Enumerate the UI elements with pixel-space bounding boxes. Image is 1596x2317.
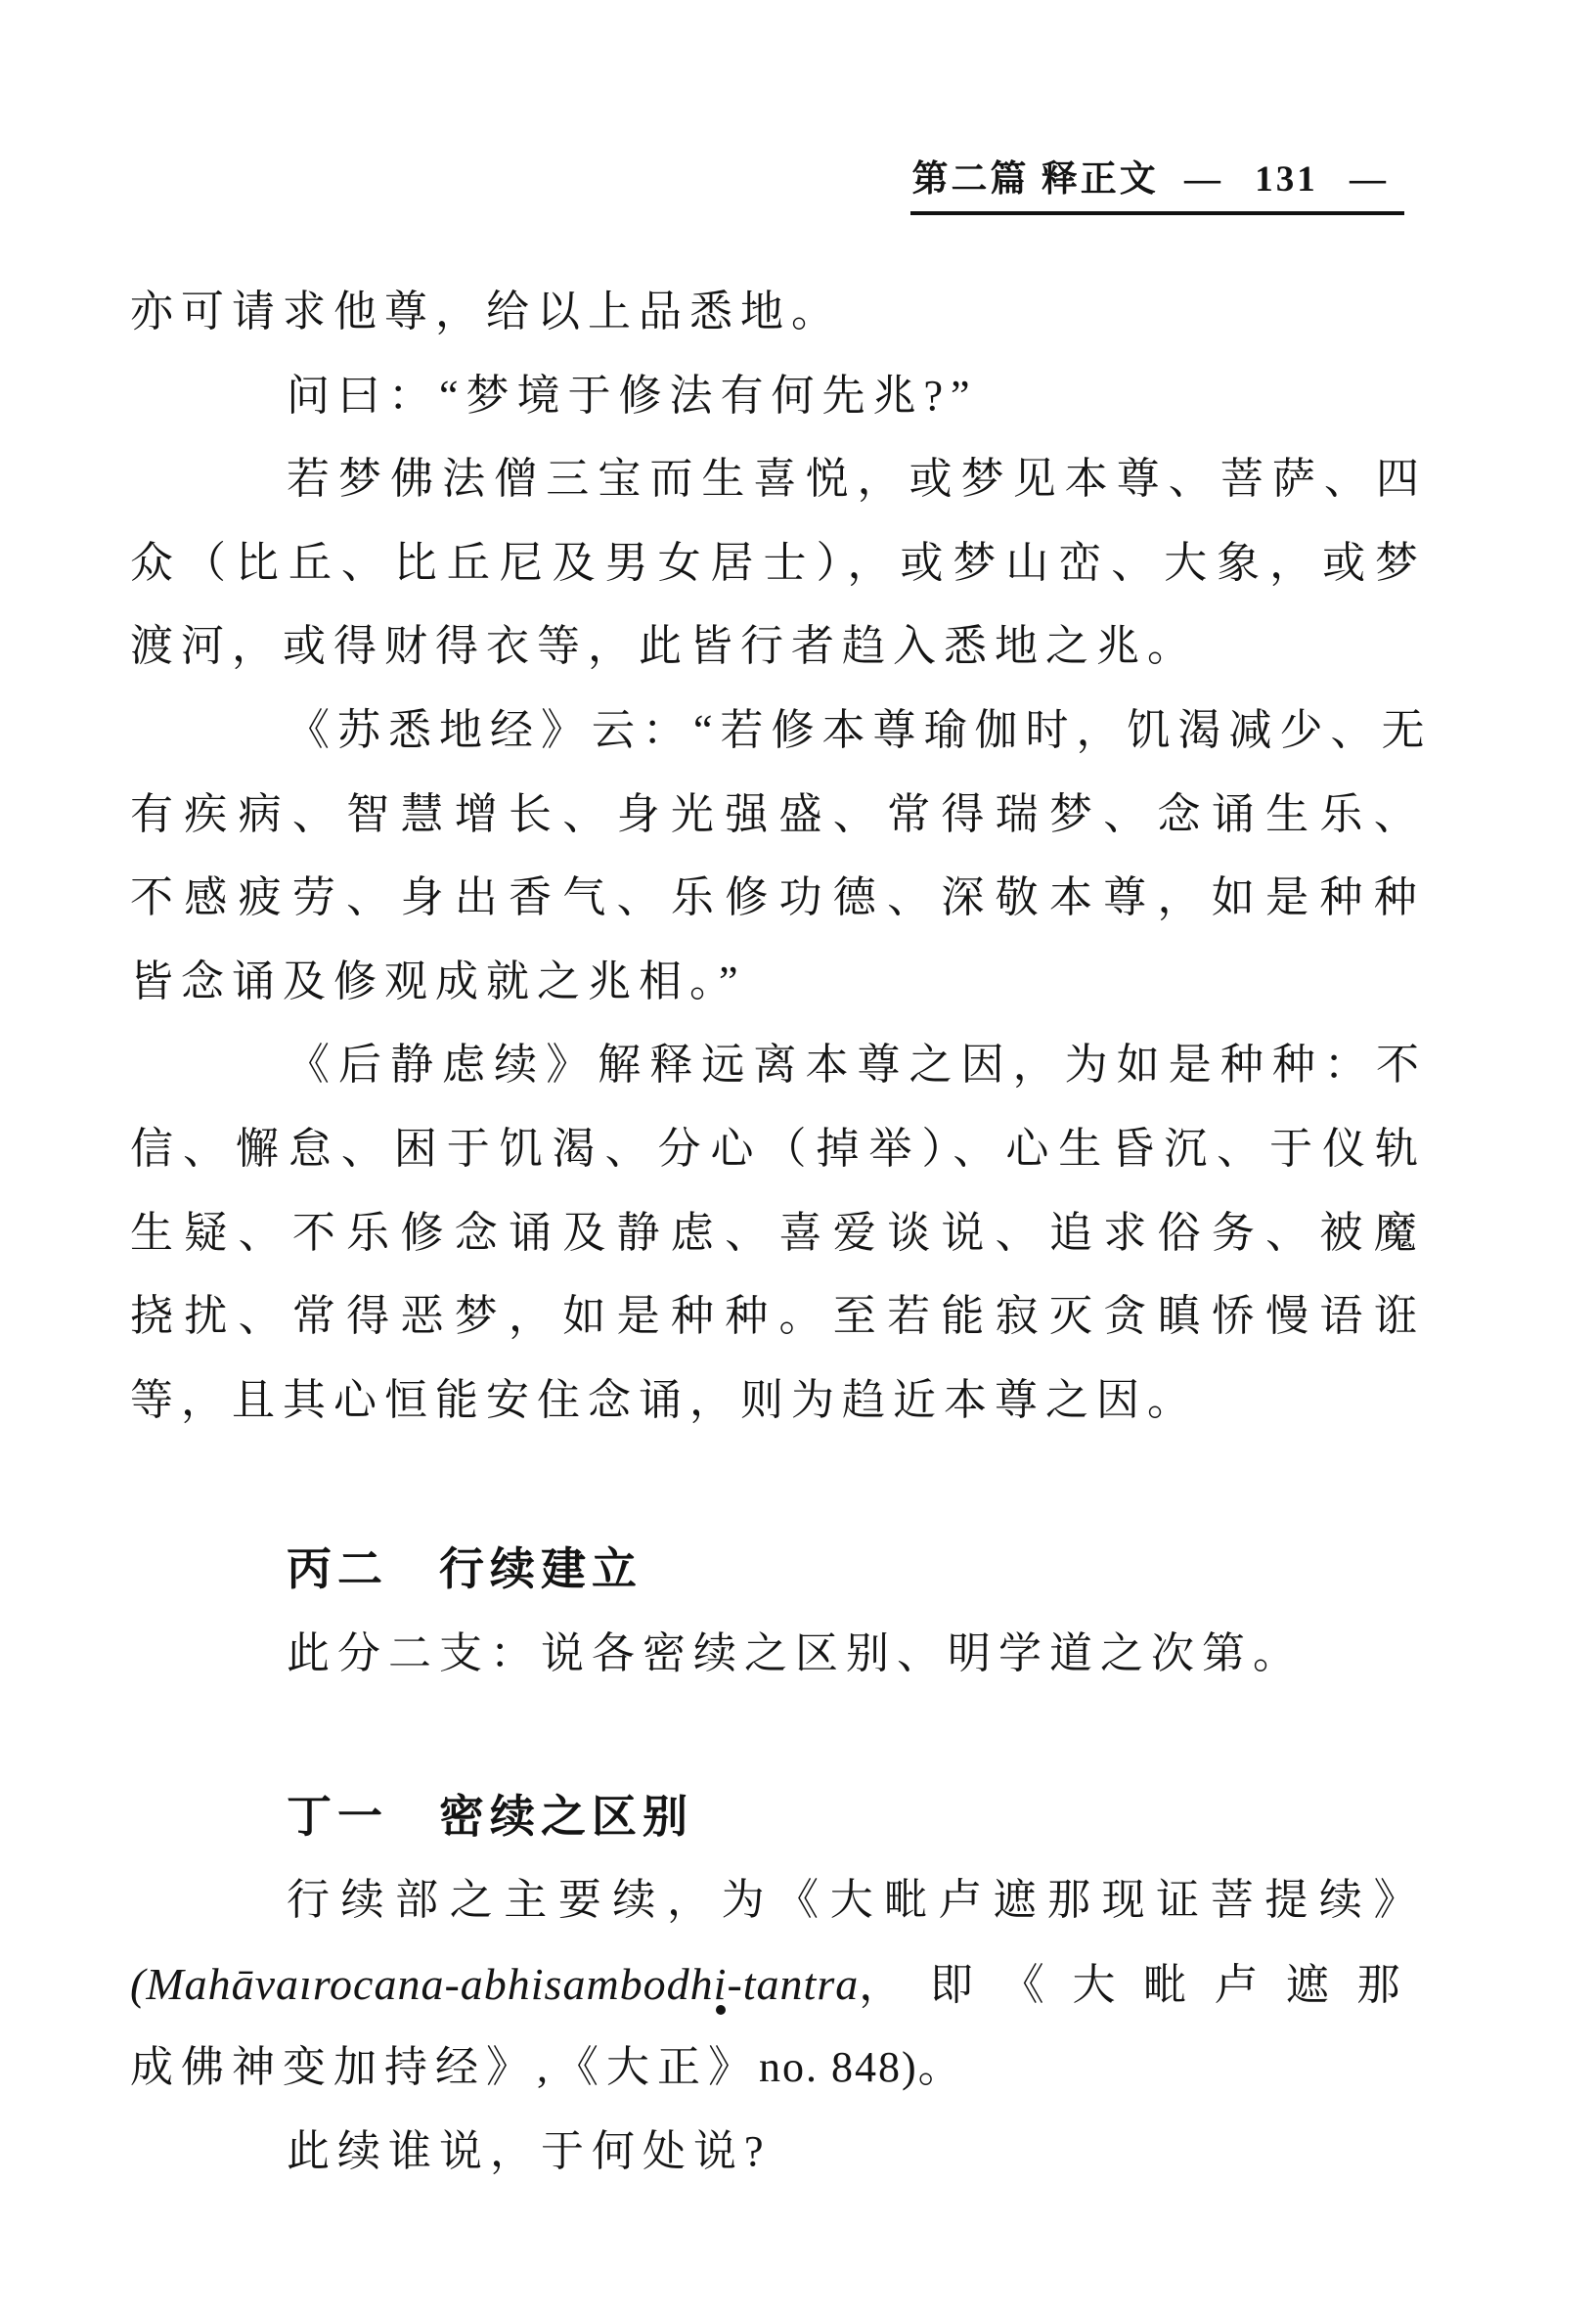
body-line-text: 众（比丘、比丘尼及男女居士），或梦山峦、大象，或梦 xyxy=(130,539,1428,587)
body-line-text: 生疑、不乐修念诵及静虑、喜爱谈说、追求俗务、被魔 xyxy=(130,1209,1428,1257)
body-line-text: 等，且其心恒能安住念诵，则为趋近本尊之因。 xyxy=(130,1376,1198,1424)
page-header: 第二篇 释正文 — 131 — xyxy=(0,149,1404,215)
body-line: 《后静虑续》解释远离本尊之因，为如是种种：不 xyxy=(130,1023,1428,1107)
body-line: 皆念诵及修观成就之兆相。” xyxy=(130,940,1428,1024)
body-line-text: 皆念诵及修观成就之兆相。” xyxy=(130,958,746,1005)
body-line-text: 挠扰、常得恶梦，如是种种。至若能寂灭贪瞋㤭慢语诳 xyxy=(130,1292,1428,1340)
sanskrit-romanization: (Mahāvaırocana-abhisambodhi-tantra xyxy=(130,1959,859,2009)
header-section-title: 第二篇 释正文 xyxy=(912,159,1159,200)
body-line-text: 有疾病、智慧增长、身光强盛、常得瑞梦、念诵生乐、 xyxy=(130,790,1428,838)
body-line: 信、懈怠、困于饥渴、分心（掉举）、心生昏沉、于仪轨 xyxy=(130,1107,1428,1191)
body-line-text: 《后静虑续》解释远离本尊之因，为如是种种：不 xyxy=(287,1041,1428,1089)
body-line: 问曰：“梦境于修法有何先兆?” xyxy=(130,354,1428,438)
body-line: 渡河，或得财得衣等，此皆行者趋入悉地之兆。 xyxy=(130,604,1428,689)
body-line-text: 《苏悉地经》云：“若修本尊瑜伽时，饥渴减少、无 xyxy=(287,706,1433,754)
body-line: 此分二支：说各密续之区别、明学道之次第。 xyxy=(130,1612,1428,1696)
book-title-cn: 成佛神变加持经》,《大正》 xyxy=(130,2043,759,2091)
body-line-text: 亦可请求他尊，给以上品悉地。 xyxy=(130,288,842,335)
body-line-text: 行续部之主要续，为 xyxy=(287,1876,776,1924)
running-header: 第二篇 释正文 — 131 — xyxy=(910,149,1405,215)
book-title-cn: 《大毗卢遮那现证菩提续》 xyxy=(776,1876,1428,1924)
body-line-romanization: (Mahāvaırocana-abhisambodhi-tantra，即《大毗卢… xyxy=(130,1942,1428,2027)
body-text-column: 亦可请求他尊，给以上品悉地。 问曰：“梦境于修法有何先兆?” 若梦佛法僧三宝而生… xyxy=(130,270,1428,2193)
section-heading-text: 丁一 密续之区别 xyxy=(287,1792,693,1842)
section-heading-bing2: 丙二 行续建立 xyxy=(130,1528,1428,1612)
taisho-catalog-number: no. 848)。 xyxy=(759,2043,963,2091)
body-line: 行续部之主要续，为《大毗卢遮那现证菩提续》 xyxy=(130,1858,1428,1942)
body-line: 此续谁说，于何处说? xyxy=(130,2110,1428,2194)
body-line: 挠扰、常得恶梦，如是种种。至若能寂灭贪瞋㤭慢语诳 xyxy=(130,1274,1428,1359)
section-heading-text: 丙二 行续建立 xyxy=(287,1544,643,1594)
body-line: 有疾病、智慧增长、身光强盛、常得瑞梦、念诵生乐、 xyxy=(130,773,1428,857)
body-line: 亦可请求他尊，给以上品悉地。 xyxy=(130,270,1428,354)
body-line: 若梦佛法僧三宝而生喜悦，或梦见本尊、菩萨、四 xyxy=(130,437,1428,521)
body-line-text: 不感疲劳、身出香气、乐修功德、深敬本尊，如是种种 xyxy=(130,873,1428,921)
page: 第二篇 释正文 — 131 — 亦可请求他尊，给以上品悉地。 问曰：“梦境于修法… xyxy=(0,0,1596,2317)
book-title-cn: ，即《大毗卢遮那 xyxy=(859,1961,1428,2009)
body-line: 成佛神变加持经》,《大正》no. 848)。 xyxy=(130,2026,1428,2110)
body-line: 生疑、不乐修念诵及静虑、喜爱谈说、追求俗务、被魔 xyxy=(130,1191,1428,1275)
header-dash-right: — xyxy=(1350,159,1389,200)
body-line-text: 问曰：“梦境于修法有何先兆?” xyxy=(287,372,978,420)
body-line: 众（比丘、比丘尼及男女居士），或梦山峦、大象，或梦 xyxy=(130,521,1428,605)
body-line-text: 信、懈怠、困于饥渴、分心（掉举）、心生昏沉、于仪轨 xyxy=(130,1125,1428,1173)
body-line-text: 此续谁说，于何处说? xyxy=(287,2127,772,2175)
body-line: 等，且其心恒能安住念诵，则为趋近本尊之因。 xyxy=(130,1359,1428,1443)
section-heading-ding1: 丁一 密续之区别 xyxy=(130,1775,1428,1859)
header-dash-left: — xyxy=(1184,159,1223,200)
body-line: 《苏悉地经》云：“若修本尊瑜伽时，饥渴减少、无 xyxy=(130,689,1428,773)
page-number: 131 xyxy=(1255,159,1318,200)
body-line: 不感疲劳、身出香气、乐修功德、深敬本尊，如是种种 xyxy=(130,856,1428,940)
body-line-text: 若梦佛法僧三宝而生喜悦，或梦见本尊、菩萨、四 xyxy=(287,455,1428,503)
anusvara-dot-below-m xyxy=(716,2005,726,2015)
body-line-text: 此分二支：说各密续之区别、明学道之次第。 xyxy=(287,1629,1304,1677)
body-line-text: 渡河，或得财得衣等，此皆行者趋入悉地之兆。 xyxy=(130,622,1198,670)
vertical-gap xyxy=(130,1696,1428,1775)
vertical-gap xyxy=(130,1442,1428,1528)
